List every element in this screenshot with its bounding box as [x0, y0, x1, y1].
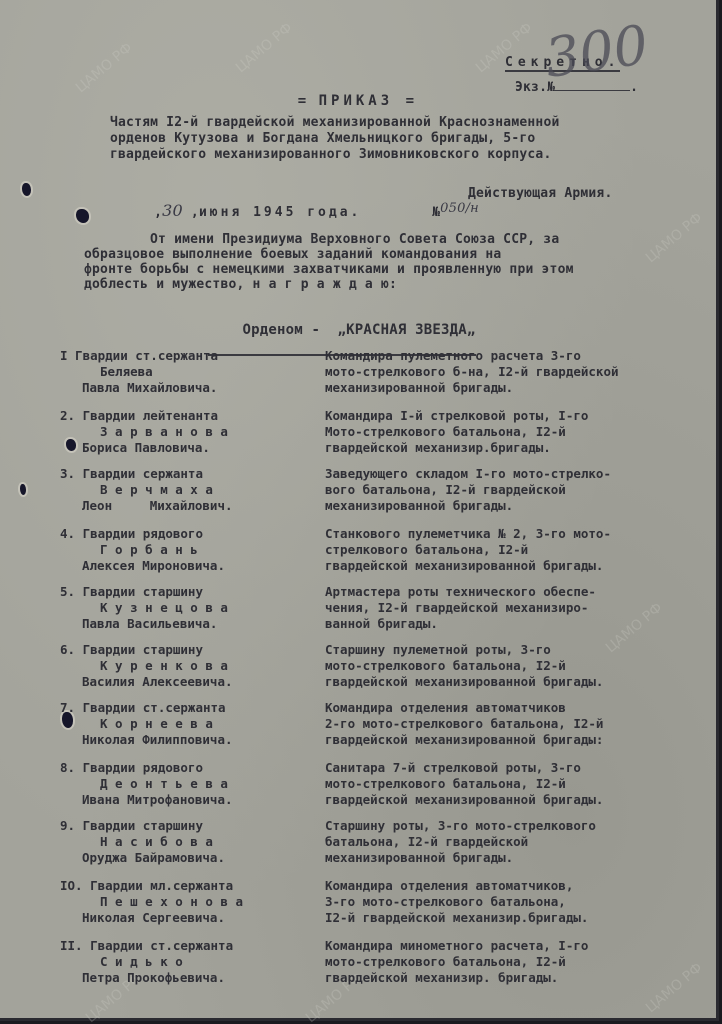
preamble-line: образцовое выполнение боевых заданий ком… — [84, 247, 501, 262]
position-line: гвардейской механизированной бригады: — [325, 732, 603, 748]
handwritten-number: 300 — [541, 13, 652, 90]
watermark: ЦАМО РФ — [233, 20, 296, 76]
awardee-rank: 4. Гвардии рядового — [60, 526, 225, 542]
position-line: чения, I2-й гвардейской механизиро- — [325, 600, 596, 616]
awardee-entry: I Гвардии ст.сержантаБеляеваПавла Михайл… — [60, 348, 218, 396]
awardee-rank: 9. Гвардии старшину — [60, 818, 225, 834]
position-line: мото-стрелкового батальона, I2-й — [325, 658, 603, 674]
awardee-surname: Г о р б а н ь — [60, 542, 225, 558]
punch-hole — [22, 183, 31, 196]
preamble-line: доблесть и мужество, н а г р а ж д а ю: — [84, 277, 397, 292]
document-page: ЦАМО РФ ЦАМО РФ ЦАМО РФ ЦАМО РФ ЦАМО РФ … — [0, 0, 719, 1021]
position-line: гвардейской механизированной бригады. — [325, 792, 603, 808]
awardee-surname: С и д ь к о — [60, 954, 233, 970]
awardee-given-name: Павла Михайловича. — [60, 380, 218, 396]
position-line: гвардейской механизир. бригады. — [325, 970, 588, 986]
position-line: ванной бригады. — [325, 616, 596, 632]
punch-hole — [20, 484, 26, 495]
addressee-line: гвардейского механизированного Зимовнико… — [110, 147, 551, 162]
awardee-position: Станкового пулеметчика № 2, 3-го мото-ст… — [325, 526, 611, 574]
awardee-position: Заведующего складом I-го мото-стрелко-во… — [325, 466, 611, 514]
awardee-entry: 2. Гвардии лейтенантаЗ а р в а н о в аБо… — [60, 408, 228, 456]
addressee-line: Частям I2-й гвардейской механизированной… — [110, 115, 560, 130]
position-line: 3-го мото-стрелкового батальона, — [325, 894, 588, 910]
position-line: Командира отделения автоматчиков, — [325, 878, 588, 894]
position-line: батальона, I2-й гвардейской — [325, 834, 596, 850]
position-line: Командира минометного расчета, I-го — [325, 938, 588, 954]
position-line: мото-стрелкового батальона, I2-й — [325, 954, 588, 970]
awardee-rank: 3. Гвардии сержанта — [60, 466, 233, 482]
awardee-surname: В е р ч м а х а — [60, 482, 233, 498]
awardee-rank: 8. Гвардии рядового — [60, 760, 233, 776]
position-line: гвардейской механизированной бригады. — [325, 558, 611, 574]
position-line: Командира отделения автоматчиков — [325, 700, 603, 716]
awardee-entry: II. Гвардии ст.сержантаС и д ь к оПетра … — [60, 938, 233, 986]
awardee-position: Командира минометного расчета, I-гомото-… — [325, 938, 588, 986]
awardee-position: Санитара 7-й стрелковой роты, 3-гомото-с… — [325, 760, 603, 808]
awardee-rank: I Гвардии ст.сержанта — [60, 348, 218, 364]
awardee-entry: 8. Гвардии рядовогоД е о н т ь е в аИван… — [60, 760, 233, 808]
awardee-given-name: Оруджа Байрамовича. — [60, 850, 225, 866]
awardee-surname: Н а с и б о в а — [60, 834, 225, 850]
date-day: 30 — [162, 201, 183, 220]
awardee-entry: 5. Гвардии старшинуК у з н е ц о в аПавл… — [60, 584, 228, 632]
punch-hole — [76, 209, 89, 223]
position-line: Станкового пулеметчика № 2, 3-го мото- — [325, 526, 611, 542]
position-line: стрелкового батальона, I2-й — [325, 542, 611, 558]
awardee-rank: 7. Гвардии ст.сержанта — [60, 700, 233, 716]
awardee-position: Артмастера роты технического обеспе-чени… — [325, 584, 596, 632]
awardee-given-name: Николая Сергеевича. — [60, 910, 243, 926]
awardee-entry: 3. Гвардии сержантаВ е р ч м а х аЛеон М… — [60, 466, 233, 514]
awardee-entry: 9. Гвардии старшинуН а с и б о в аОруджа… — [60, 818, 225, 866]
awardee-position: Старшину роты, 3-го мото-стрелковогобата… — [325, 818, 596, 866]
awardee-surname: К у з н е ц о в а — [60, 600, 228, 616]
position-line: Санитара 7-й стрелковой роты, 3-го — [325, 760, 603, 776]
position-line: 2-го мото-стрелкового батальона, I2-й — [325, 716, 603, 732]
awardee-position: Командира отделения автоматчиков2-го мот… — [325, 700, 603, 748]
awardee-surname: Беляева — [60, 364, 218, 380]
awardee-rank: IO. Гвардии мл.сержанта — [60, 878, 243, 894]
position-line: Заведующего складом I-го мото-стрелко- — [325, 466, 611, 482]
awardee-entry: 4. Гвардии рядовогоГ о р б а н ьАлексея … — [60, 526, 225, 574]
awardee-entry: 7. Гвардии ст.сержантаК о р н е е в аНик… — [60, 700, 233, 748]
position-line: Мото-стрелкового батальона, I2-й — [325, 424, 588, 440]
position-line: Старшину пулеметной роты, 3-го — [325, 642, 603, 658]
position-line: механизированной бригады. — [325, 850, 596, 866]
awardee-surname: К о р н е е в а — [60, 716, 233, 732]
awardee-position: Командира отделения автоматчиков,3-го мо… — [325, 878, 588, 926]
position-line: гвардейской механизированной бригады. — [325, 674, 603, 690]
awardee-given-name: Павла Васильевича. — [60, 616, 228, 632]
position-line: механизированной бригады. — [325, 380, 619, 396]
awardee-position: Старшину пулеметной роты, 3-гомото-стрел… — [325, 642, 603, 690]
position-line: Артмастера роты технического обеспе- — [325, 584, 596, 600]
date-line: ,30 ,июня 1945 года. — [122, 186, 361, 235]
awardee-rank: 5. Гвардии старшину — [60, 584, 228, 600]
preamble-line: фронте борьбы с немецкими захватчиками и… — [84, 262, 574, 277]
position-line: мото-стрелкового б-на, I2-й гвардейской — [325, 364, 619, 380]
awardee-surname: П е ш е х о н о в а — [60, 894, 243, 910]
awardee-surname: К у р е н к о в а — [60, 658, 233, 674]
awardee-rank: 6. Гвардии старшину — [60, 642, 233, 658]
awardee-rank: II. Гвардии ст.сержанта — [60, 938, 233, 954]
position-line: механизированной бригады. — [325, 498, 611, 514]
awardee-given-name: Петра Прокофьевича. — [60, 970, 233, 986]
position-line: Старшину роты, 3-го мото-стрелкового — [325, 818, 596, 834]
awardee-given-name: Бориса Павловича. — [60, 440, 228, 456]
awardee-surname: Д е о н т ь е в а — [60, 776, 233, 792]
awardee-given-name: Леон Михайлович. — [60, 498, 233, 514]
position-line: гвардейской механизир.бригады. — [325, 440, 588, 456]
awardee-rank: 2. Гвардии лейтенанта — [60, 408, 228, 424]
preamble-line: От имени Президиума Верховного Совета Со… — [150, 232, 559, 247]
position-line: I2-й гвардейской механизир.бригады. — [325, 910, 588, 926]
awardee-given-name: Николая Филипповича. — [60, 732, 233, 748]
watermark: ЦАМО РФ — [73, 40, 136, 96]
addressee-line: орденов Кутузова и Богдана Хмельницкого … — [110, 131, 535, 146]
position-line: вого батальона, I2-й гвардейской — [325, 482, 611, 498]
awardee-given-name: Ивана Митрофановича. — [60, 792, 233, 808]
position-line: Командира I-й стрелковой роты, I-го — [325, 408, 588, 424]
awardee-position: Командира пулеметного расчета 3-гомото-с… — [325, 348, 619, 396]
awardee-position: Командира I-й стрелковой роты, I-гоМото-… — [325, 408, 588, 456]
awardee-given-name: Василия Алексеевича. — [60, 674, 233, 690]
date-month-year: июня 1945 года. — [199, 205, 361, 220]
watermark: ЦАМО РФ — [603, 600, 666, 656]
watermark: ЦАМО РФ — [643, 960, 706, 1016]
position-line: мото-стрелкового батальона, I2-й — [325, 776, 603, 792]
position-line: Командира пулеметного расчета 3-го — [325, 348, 619, 364]
awardee-entry: IO. Гвардии мл.сержантаП е ш е х о н о в… — [60, 878, 243, 926]
location: Действующая Армия. — [468, 186, 612, 201]
watermark: ЦАМО РФ — [643, 210, 706, 266]
awardee-surname: З а р в а н о в а — [60, 424, 228, 440]
awardee-given-name: Алексея Мироновича. — [60, 558, 225, 574]
awardee-entry: 6. Гвардии старшинуК у р е н к о в аВаси… — [60, 642, 233, 690]
